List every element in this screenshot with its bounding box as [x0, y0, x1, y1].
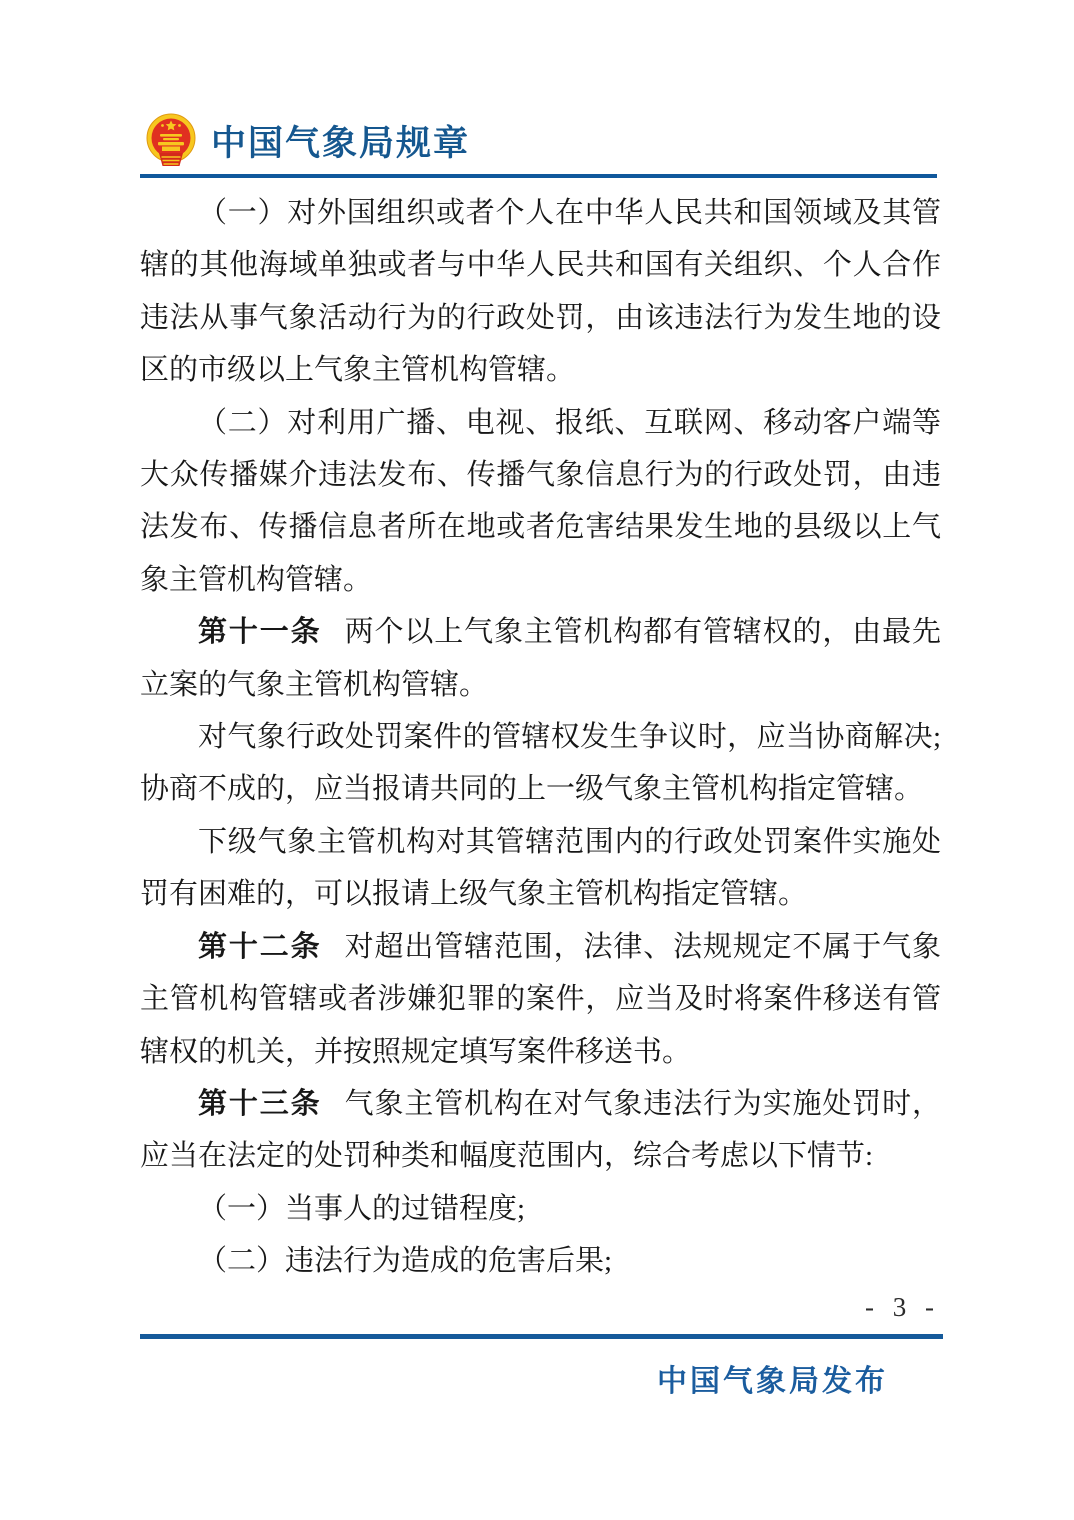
paragraph: 下级气象主管机构对其管辖范围内的行政处罚案件实施处罚有困难的，可以报请上级气象主… — [140, 816, 941, 921]
article-number: 第十二条 — [198, 931, 321, 963]
paragraph-text: 下级气象主管机构对其管辖范围内的行政处罚案件实施处罚有困难的，可以报请上级气象主… — [140, 826, 941, 910]
header-divider-rule — [140, 174, 937, 178]
article-number: 第十三条 — [198, 1088, 321, 1120]
paragraph: 对气象行政处罚案件的管辖权发生争议时，应当协商解决;协商不成的，应当报请共同的上… — [140, 711, 941, 816]
paragraph-text: （二）对利用广播、电视、报纸、互联网、移动客户端等大众传播媒介违法发布、传播气象… — [140, 407, 941, 596]
paragraph: （二）违法行为造成的危害后果; — [140, 1235, 941, 1287]
page-header: 中国气象局规章 — [143, 112, 943, 170]
china-national-emblem-icon — [143, 112, 199, 170]
paragraph: （二）对利用广播、电视、报纸、互联网、移动客户端等大众传播媒介违法发布、传播气象… — [140, 397, 941, 607]
publisher-label: 中国气象局发布 — [140, 1356, 943, 1400]
document-page: { "header": { "emblem_icon": "china-nati… — [0, 0, 1074, 1520]
paragraph-text: （一）对外国组织或者个人在中华人民共和国领域及其管辖的其他海域单独或者与中华人民… — [140, 197, 941, 386]
document-body: （一）对外国组织或者个人在中华人民共和国领域及其管辖的其他海域单独或者与中华人民… — [140, 187, 941, 1288]
paragraph: 第十三条气象主管机构在对气象违法行为实施处罚时，应当在法定的处罚种类和幅度范围内… — [140, 1078, 941, 1183]
page-number: - 3 - — [140, 1292, 940, 1323]
page-title: 中国气象局规章 — [211, 116, 470, 166]
paragraph: 第十一条两个以上气象主管机构都有管辖权的，由最先立案的气象主管机构管辖。 — [140, 606, 941, 711]
paragraph-text: （一）当事人的过错程度; — [198, 1193, 525, 1225]
paragraph: （一）当事人的过错程度; — [140, 1183, 941, 1235]
footer-divider-rule — [140, 1334, 943, 1339]
paragraph: 第十二条对超出管辖范围，法律、法规规定不属于气象主管机构管辖或者涉嫌犯罪的案件，… — [140, 921, 941, 1078]
paragraph-text: 对气象行政处罚案件的管辖权发生争议时，应当协商解决;协商不成的，应当报请共同的上… — [140, 721, 941, 805]
paragraph-text: （二）违法行为造成的危害后果; — [198, 1245, 612, 1277]
paragraph: （一）对外国组织或者个人在中华人民共和国领域及其管辖的其他海域单独或者与中华人民… — [140, 187, 941, 397]
article-number: 第十一条 — [198, 616, 321, 648]
